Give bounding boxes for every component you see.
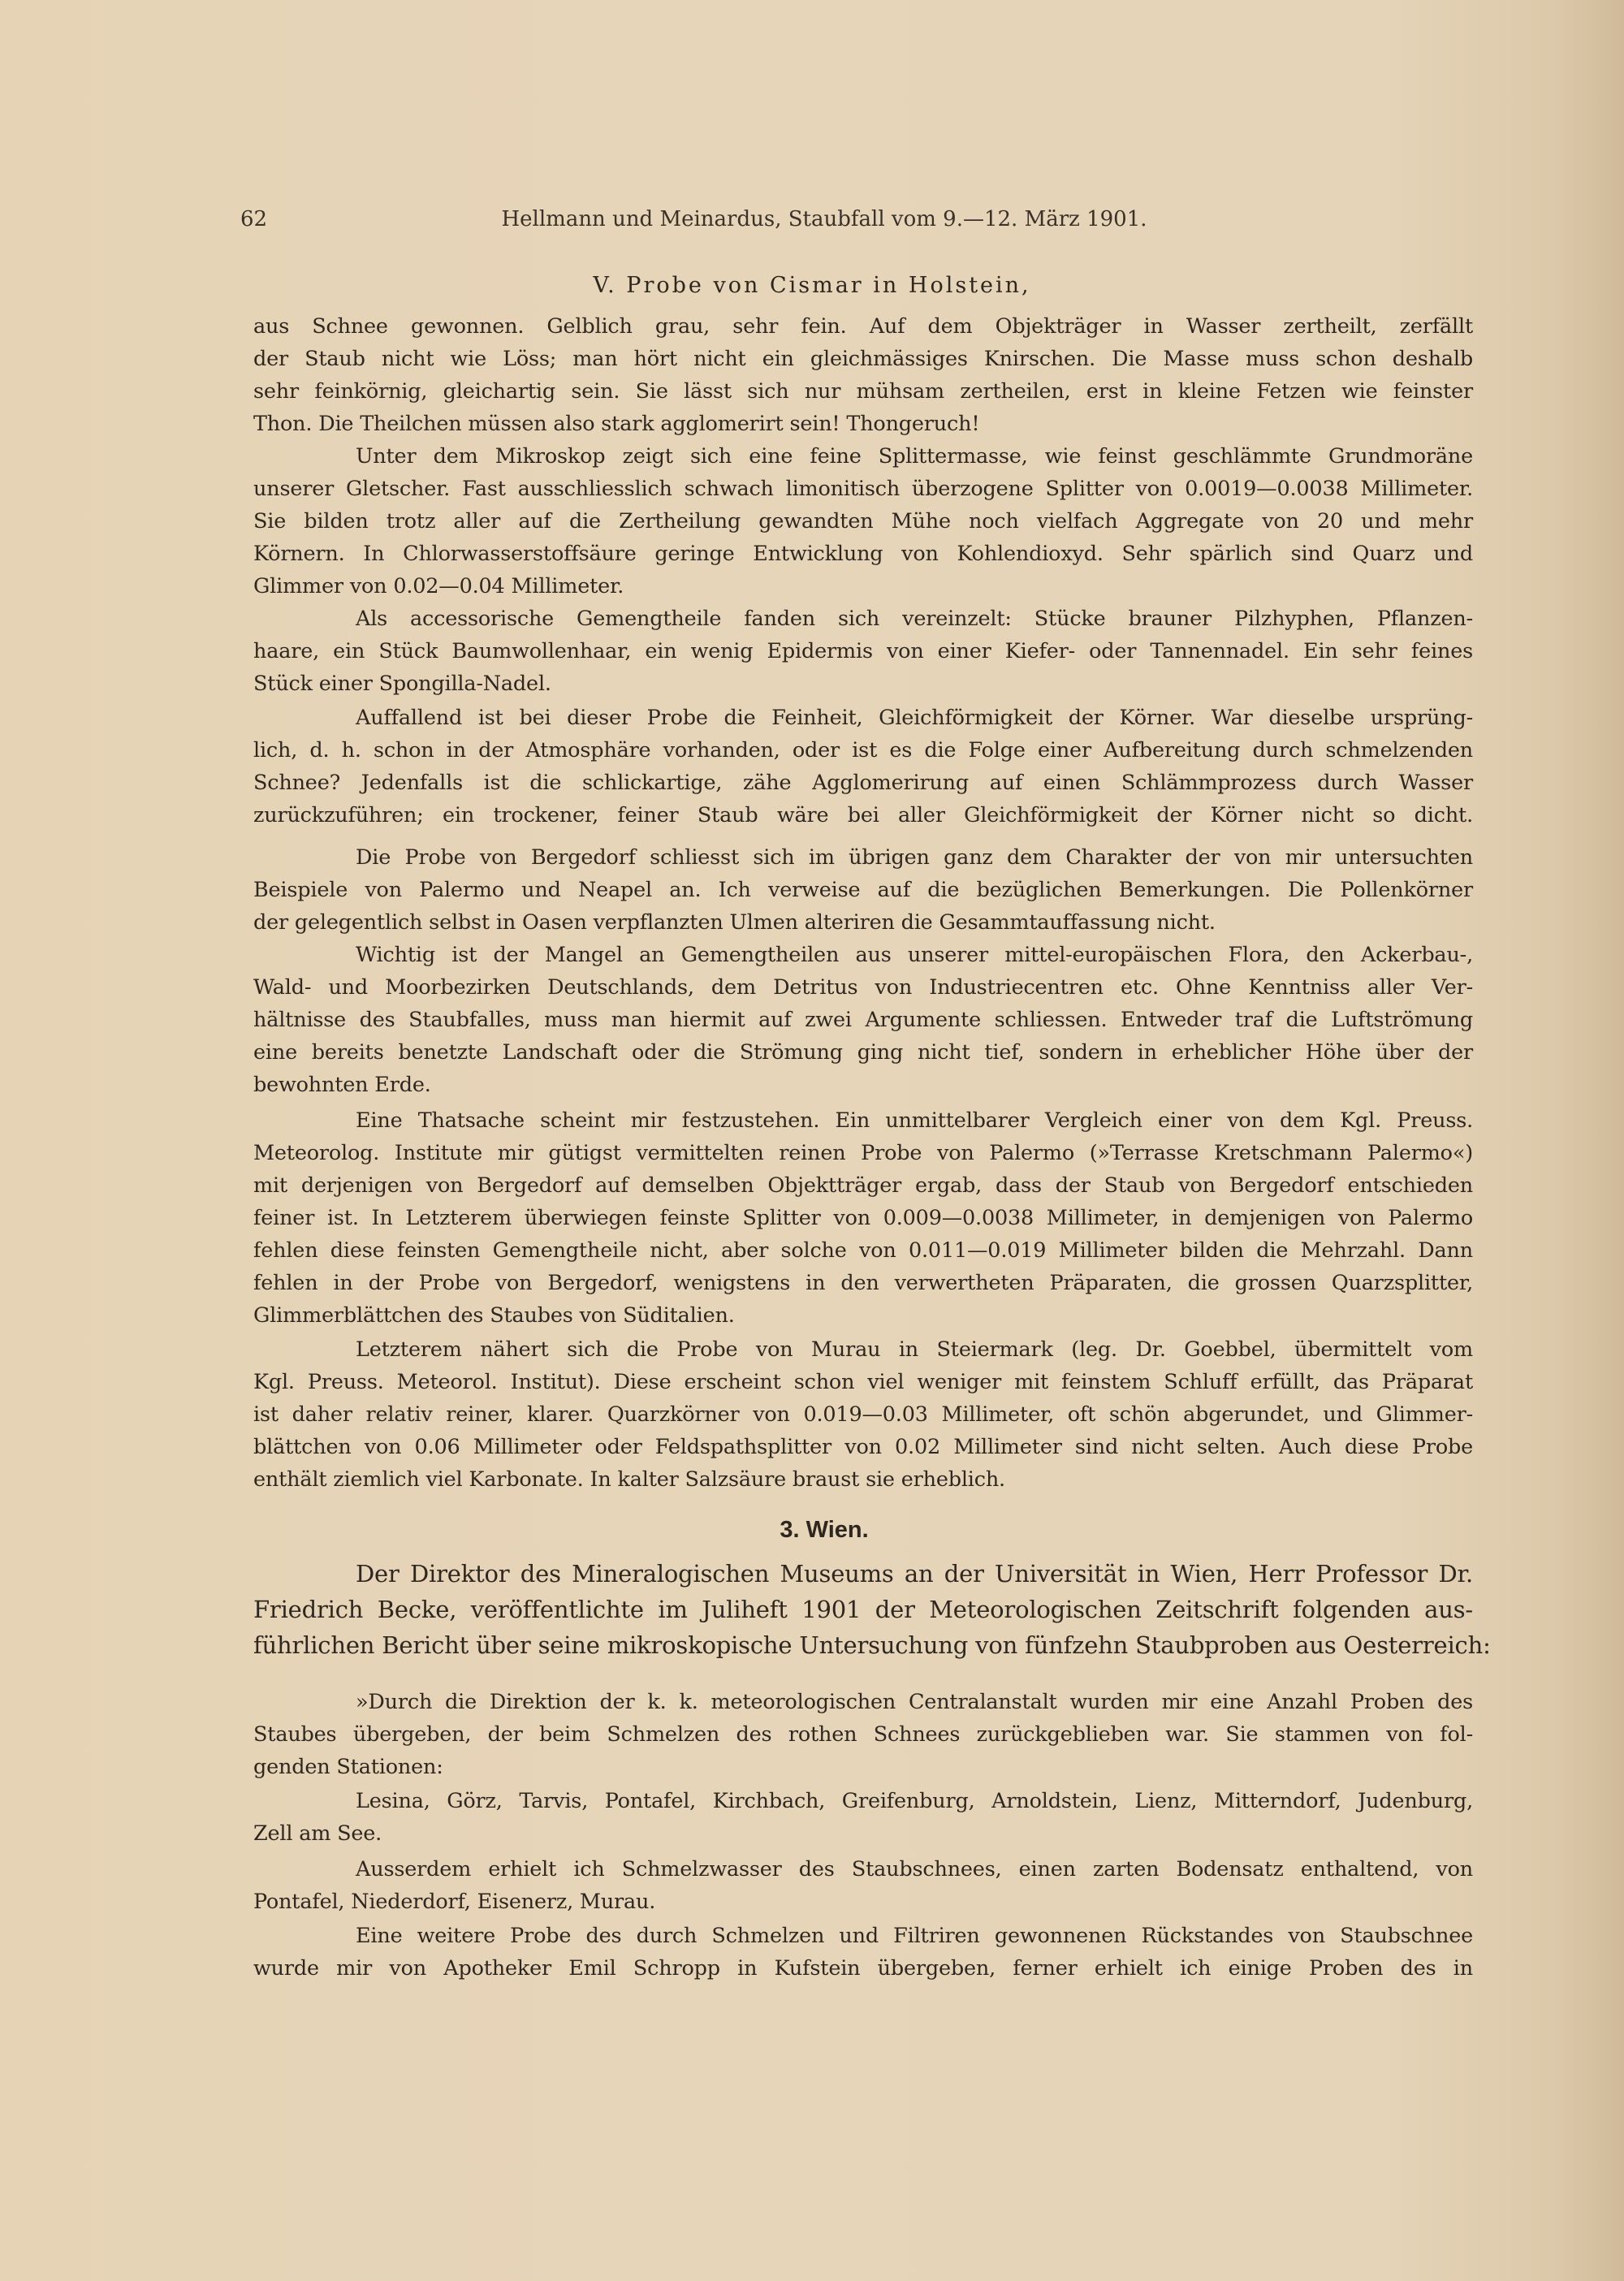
text-line: mit derjenigen von Bergedorf auf demselb… (253, 1171, 1473, 1200)
text-line: Die Probe von Bergedorf schliesst sich i… (356, 843, 1473, 872)
text-line: führlichen Bericht über seine mikroskopi… (253, 1629, 1473, 1661)
text-line: »Durch die Direktion der k. k. meteorolo… (356, 1687, 1473, 1717)
text-line: Glimmerblättchen des Staubes von Südital… (253, 1301, 1473, 1330)
text-line: Sie bilden trotz aller auf die Zertheilu… (253, 507, 1473, 536)
section-heading-wien: 3. Wien. (0, 1515, 1624, 1544)
text-line: Letzterem nähert sich die Probe von Mura… (356, 1335, 1473, 1364)
text-line: Körnern. In Chlorwasserstoffsäure gering… (253, 539, 1473, 568)
text-line: eine bereits benetzte Landschaft oder di… (253, 1038, 1473, 1067)
text-line: hältnisse des Staubfalles, muss man hier… (253, 1005, 1473, 1035)
text-line: Auffallend ist bei dieser Probe die Fein… (356, 703, 1473, 732)
text-line: Thon. Die Theilchen müssen also stark ag… (253, 409, 1473, 438)
text-line: fehlen in der Probe von Bergedorf, wenig… (253, 1268, 1473, 1298)
running-title: Hellmann und Meinardus, Staubfall vom 9.… (0, 205, 1624, 234)
text-line: Friedrich Becke, veröffentlichte im Juli… (253, 1593, 1473, 1626)
text-line: zurückzuführen; ein trockener, feiner St… (253, 801, 1473, 830)
text-line: unserer Gletscher. Fast ausschliesslich … (253, 474, 1473, 503)
text-line: lich, d. h. schon in der Atmosphäre vorh… (253, 736, 1473, 765)
text-line: Stück einer Spongilla-Nadel. (253, 669, 1473, 698)
text-line: Zell am See. (253, 1819, 1473, 1848)
text-line: fehlen diese feinsten Gemengtheile nicht… (253, 1236, 1473, 1265)
text-line: enthält ziemlich viel Karbonate. In kalt… (253, 1465, 1473, 1494)
text-line: Meteorolog. Institute mir gütigst vermit… (253, 1138, 1473, 1168)
text-line: der Staub nicht wie Löss; man hört nicht… (253, 344, 1473, 374)
document-page: 62 Hellmann und Meinardus, Staubfall vom… (0, 0, 1624, 2281)
text-line: Unter dem Mikroskop zeigt sich eine fein… (356, 442, 1473, 471)
text-line: bewohnten Erde. (253, 1070, 1473, 1099)
text-line: Als accessorische Gemengtheile fanden si… (356, 604, 1473, 633)
text-line: haare, ein Stück Baumwollenhaar, ein wen… (253, 637, 1473, 666)
text-line: Kgl. Preuss. Meteorol. Institut). Diese … (253, 1367, 1473, 1397)
text-line: Wichtig ist der Mangel an Gemengtheilen … (356, 940, 1473, 970)
text-line: der gelegentlich selbst in Oasen verpfla… (253, 908, 1473, 937)
text-line: genden Stationen: (253, 1752, 1473, 1782)
text-line: Der Direktor des Mineralogischen Museums… (356, 1557, 1473, 1590)
text-line: Eine Thatsache scheint mir festzustehen.… (356, 1106, 1473, 1135)
text-line: Schnee? Jedenfalls ist die schlickartige… (253, 768, 1473, 797)
text-line: aus Schnee gewonnen. Gelblich grau, sehr… (253, 312, 1473, 341)
text-line: wurde mir von Apotheker Emil Schropp in … (253, 1954, 1473, 1983)
text-line: Eine weitere Probe des durch Schmelzen u… (356, 1921, 1473, 1951)
text-line: feiner ist. In Letzterem überwiegen fein… (253, 1203, 1473, 1233)
section-heading-cismar: V. Probe von Cismar in Holstein, (0, 271, 1624, 300)
text-line: Wald- und Moorbezirken Deutschlands, dem… (253, 973, 1473, 1002)
text-line: Glimmer von 0.02—0.04 Millimeter. (253, 572, 1473, 601)
text-line: Pontafel, Niederdorf, Eisenerz, Murau. (253, 1887, 1473, 1916)
text-line: blättchen von 0.06 Millimeter oder Felds… (253, 1432, 1473, 1462)
text-line: Staubes übergeben, der beim Schmelzen de… (253, 1720, 1473, 1749)
text-line: ist daher relativ reiner, klarer. Quarzk… (253, 1400, 1473, 1429)
text-line: Lesina, Görz, Tarvis, Pontafel, Kirchbac… (356, 1786, 1473, 1816)
text-line: sehr feinkörnig, gleichartig sein. Sie l… (253, 377, 1473, 406)
text-line: Ausserdem erhielt ich Schmelzwasser des … (356, 1855, 1473, 1884)
text-line: Beispiele von Palermo und Neapel an. Ich… (253, 875, 1473, 905)
